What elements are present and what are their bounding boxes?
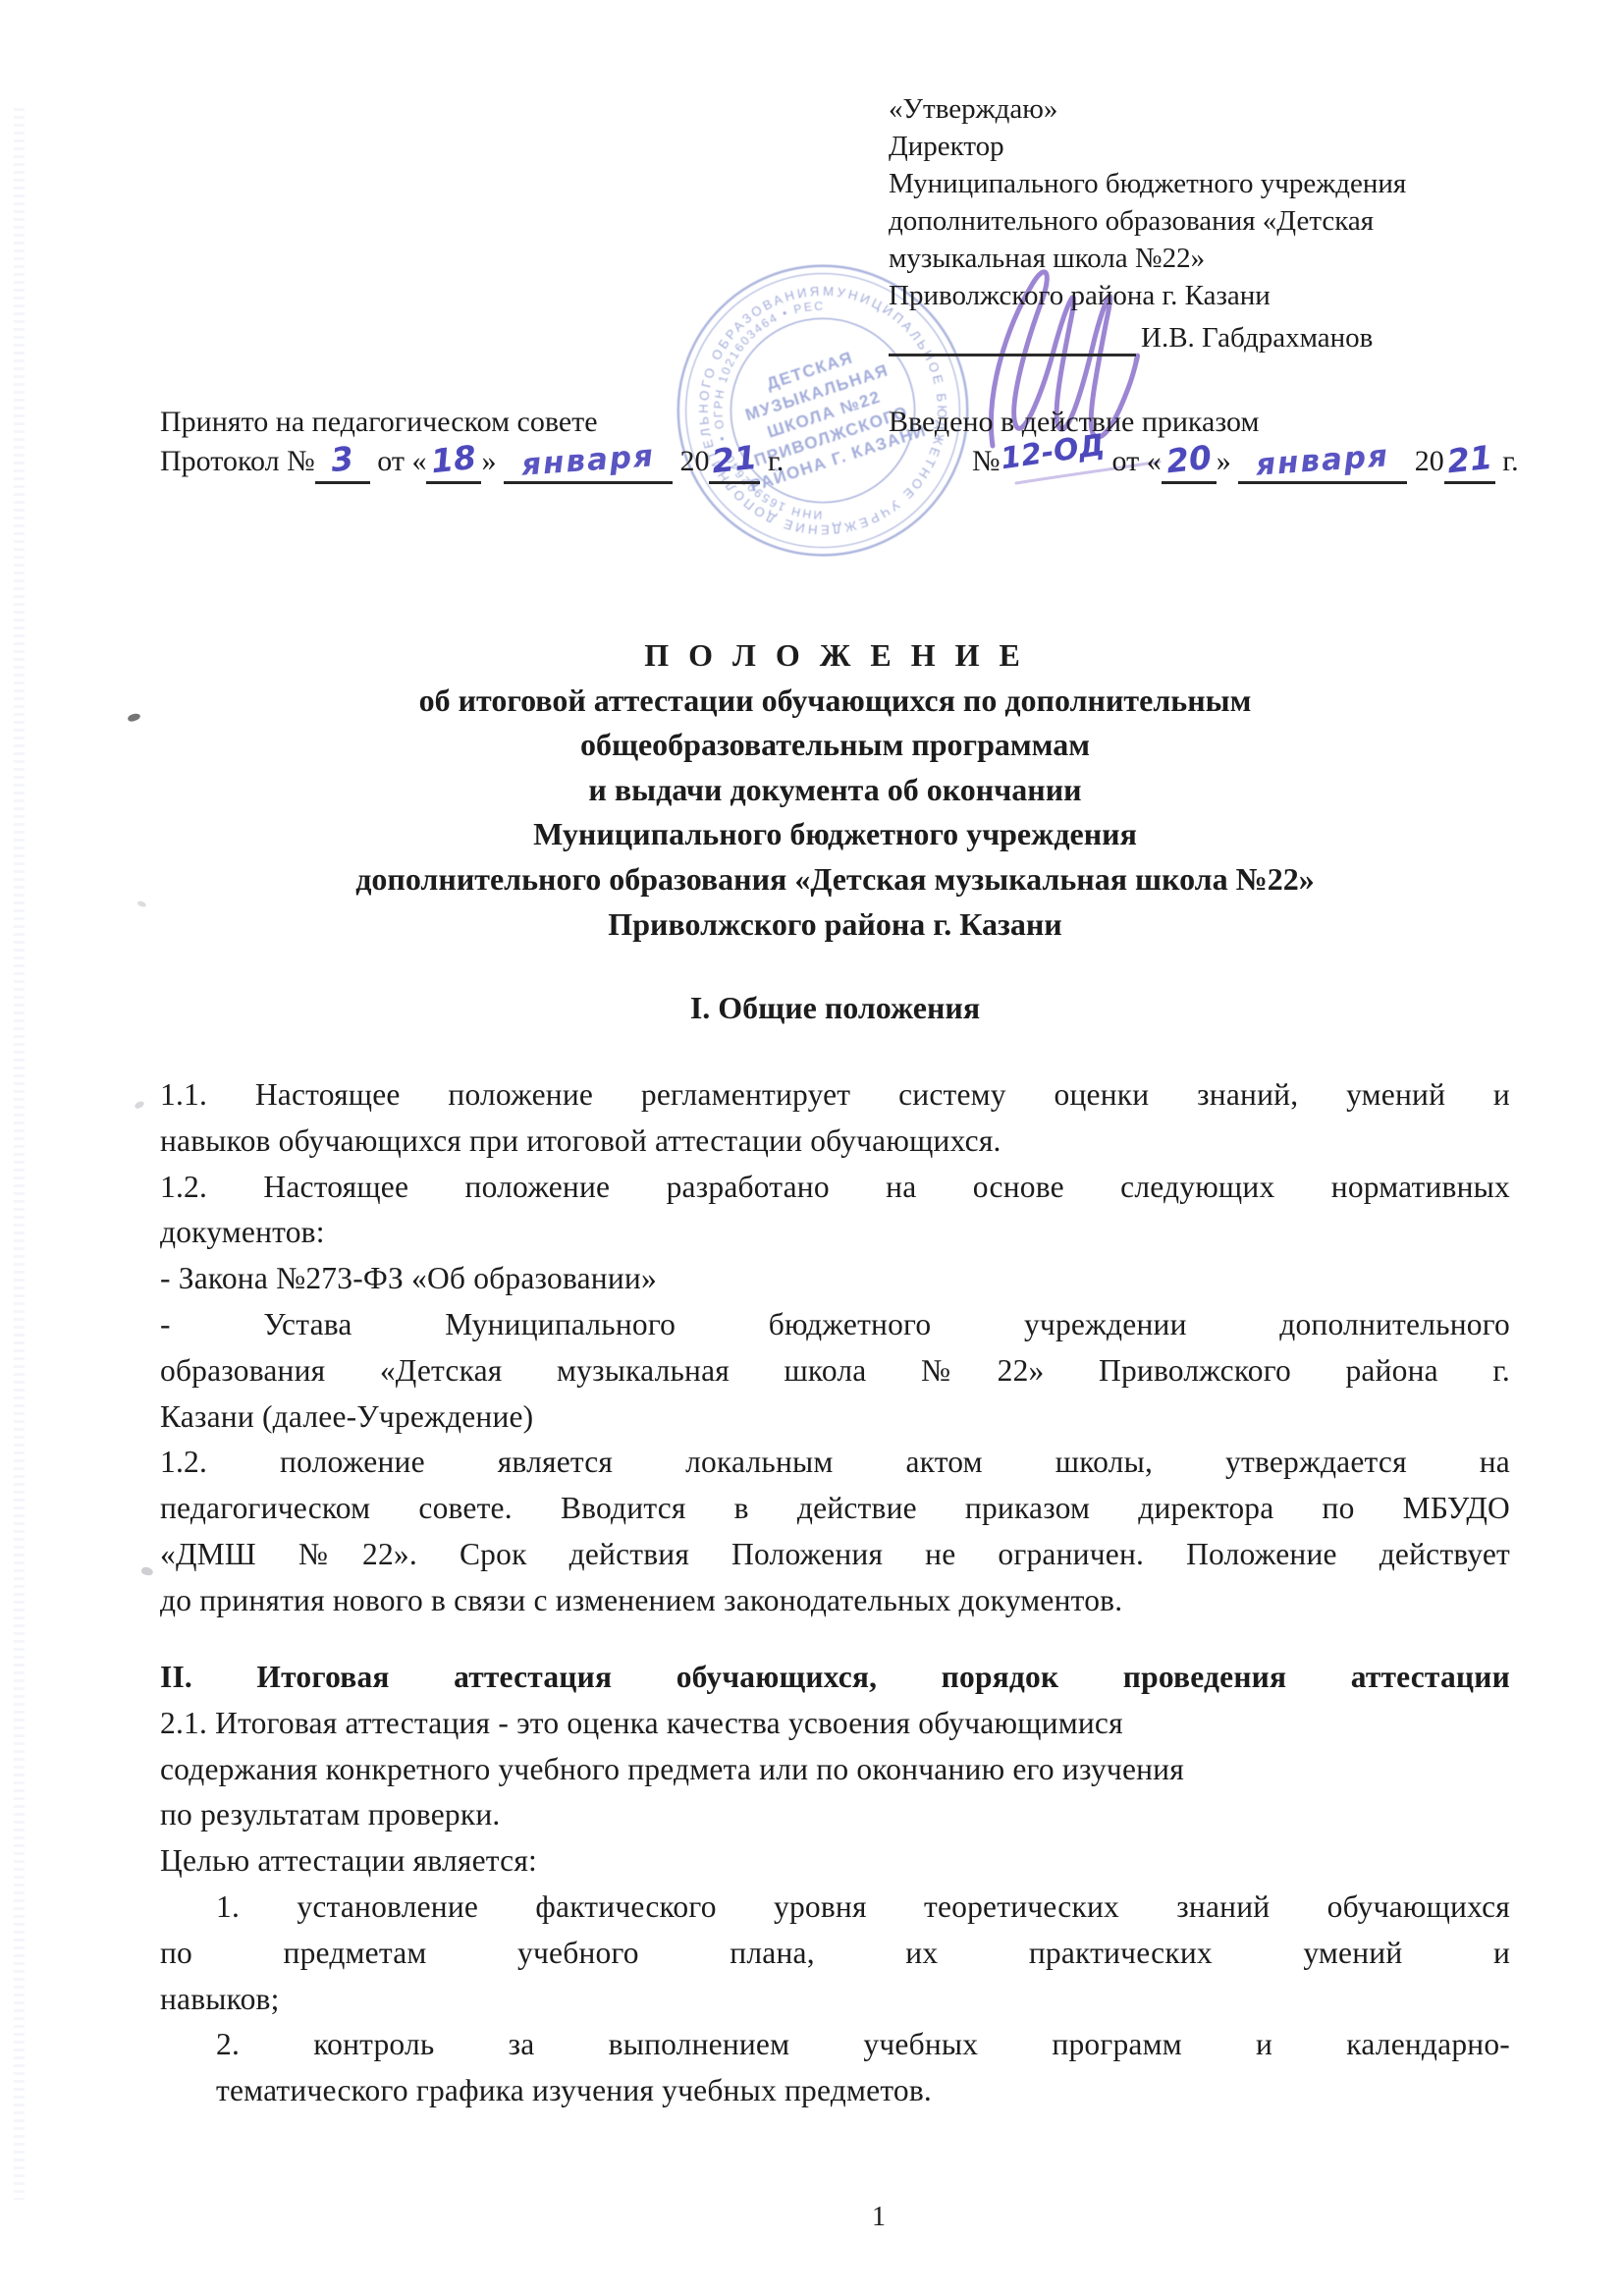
protocol-number-handwritten: 3 <box>330 445 355 474</box>
page-number: 1 <box>872 2202 886 2233</box>
title-line: дополнительного образования «Детская муз… <box>160 857 1510 902</box>
year-blank: 21 <box>1444 442 1495 484</box>
title-line: П О Л О Ж Е Н И Е <box>160 633 1510 679</box>
text-line: по предметам учебного плана, их практиче… <box>160 1931 1510 1977</box>
text-line: 1.2. Настоящее положение разработано на … <box>160 1165 1510 1211</box>
adoption-line: Принято на педагогическом совете <box>160 403 784 442</box>
order-details-line: №12-ОД от «20» января 2021 г. <box>889 442 1519 484</box>
section2-heading: II. Итоговая аттестация обучающихся, пор… <box>160 1655 1510 1701</box>
text-line: 1.2. положение является локальным актом … <box>160 1440 1510 1486</box>
scan-streak <box>14 108 25 2200</box>
text-line: навыков обучающихся при итоговой аттеста… <box>160 1119 1510 1165</box>
title-line: Приволжского района г. Казани <box>160 902 1510 948</box>
protocol-prefix: Протокол № <box>160 445 315 477</box>
scan-speck <box>140 1566 154 1577</box>
approval-marker: «Утверждаю» <box>889 90 1438 128</box>
approval-role: Директор <box>889 128 1438 165</box>
text-line: Казани (далее-Учреждение) <box>160 1394 1510 1441</box>
text-line: по результатам проверки. <box>160 1792 1510 1838</box>
approval-org-line: Приволжского района г. Казани <box>889 277 1438 314</box>
day-handwritten: 20 <box>1164 444 1213 476</box>
protocol-line: Протокол №3 от «18» января 2021 г. <box>160 442 784 484</box>
section1-body: 1.1. Настоящее положение регламентирует … <box>160 1072 1510 1624</box>
month-blank: января <box>504 442 673 484</box>
scan-speck <box>134 1100 145 1110</box>
text-line: 2. контроль за выполнением учебных прогр… <box>160 2022 1510 2068</box>
text-line: - Закона №273-ФЗ «Об образовании» <box>160 1256 1510 1302</box>
director-name: И.В. Габдрахманов <box>1141 322 1373 355</box>
title-line: и выдачи документа об окончании <box>160 768 1510 813</box>
year-prefix: 20 <box>1407 445 1444 477</box>
year-suffix: г. <box>760 445 784 477</box>
text-line: тематического графика изучения учебных п… <box>160 2068 1510 2114</box>
month-handwritten: января <box>520 442 656 478</box>
document-page: МУНИЦИПАЛЬНОЕ БЮДЖЕТНОЕ УЧРЕЖДЕНИЕ ДОПОЛ… <box>0 0 1623 2296</box>
adoption-block: Принято на педагогическом совете Протоко… <box>160 403 784 484</box>
scan-speck <box>127 712 141 723</box>
year-handwritten: 21 <box>711 444 759 476</box>
approval-block: «Утверждаю» Директор Муниципального бюдж… <box>889 90 1438 314</box>
year-suffix: г. <box>1495 445 1519 477</box>
day-blank: 18 <box>426 442 481 484</box>
text-line: навыков; <box>160 1977 1510 2023</box>
title-line: общеобразовательным программам <box>160 723 1510 768</box>
title-line: Муниципального бюджетного учреждения <box>160 812 1510 857</box>
order-block: Введено в действие приказом №12-ОД от «2… <box>889 403 1519 484</box>
close-quote: » <box>481 445 504 477</box>
text-line: педагогическом совете. Вводится в действ… <box>160 1486 1510 1532</box>
text-line: 1.1. Настоящее положение регламентирует … <box>160 1072 1510 1119</box>
order-from: от « <box>1105 445 1162 477</box>
document-title: П О Л О Ж Е Н И Е об итоговой аттестации… <box>160 633 1510 947</box>
approval-org-line: дополнительного образования «Детская <box>889 202 1438 240</box>
text-line: Целью аттестации является: <box>160 1838 1510 1885</box>
text-line: документов: <box>160 1210 1510 1256</box>
protocol-from: от « <box>370 445 427 477</box>
month-handwritten: января <box>1255 442 1390 478</box>
year-handwritten: 21 <box>1445 444 1493 476</box>
section2-body: II. Итоговая аттестация обучающихся, пор… <box>160 1655 1510 2114</box>
approval-org-line: Муниципального бюджетного учреждения <box>889 165 1438 202</box>
close-quote: » <box>1217 445 1239 477</box>
text-line: 2.1. Итоговая аттестация - это оценка ка… <box>160 1701 1510 1747</box>
text-line: - Устава Муниципального бюджетного учреж… <box>160 1302 1510 1348</box>
text-line: содержания конкретного учебного предмета… <box>160 1747 1510 1793</box>
year-prefix: 20 <box>673 445 710 477</box>
approval-org-line: музыкальная школа №22» <box>889 240 1438 277</box>
text-line: образования «Детская музыкальная школа №… <box>160 1348 1510 1394</box>
section1-heading: I. Общие положения <box>160 990 1510 1026</box>
text-line: «ДМШ №22». Срок действия Положения не ог… <box>160 1532 1510 1578</box>
day-handwritten: 18 <box>430 444 478 476</box>
day-blank: 20 <box>1162 442 1217 484</box>
text-line: 1. установление фактического уровня теор… <box>160 1885 1510 1931</box>
year-blank: 21 <box>709 442 760 484</box>
signature-line <box>889 354 1136 356</box>
month-blank: января <box>1238 442 1407 484</box>
order-prefix: № <box>972 445 1001 477</box>
order-line: Введено в действие приказом <box>889 403 1519 442</box>
scan-speck <box>136 901 146 908</box>
protocol-number-blank: 3 <box>315 442 370 484</box>
title-line: об итоговой аттестации обучающихся по до… <box>160 679 1510 724</box>
text-line: до принятия нового в связи с изменением … <box>160 1578 1510 1624</box>
